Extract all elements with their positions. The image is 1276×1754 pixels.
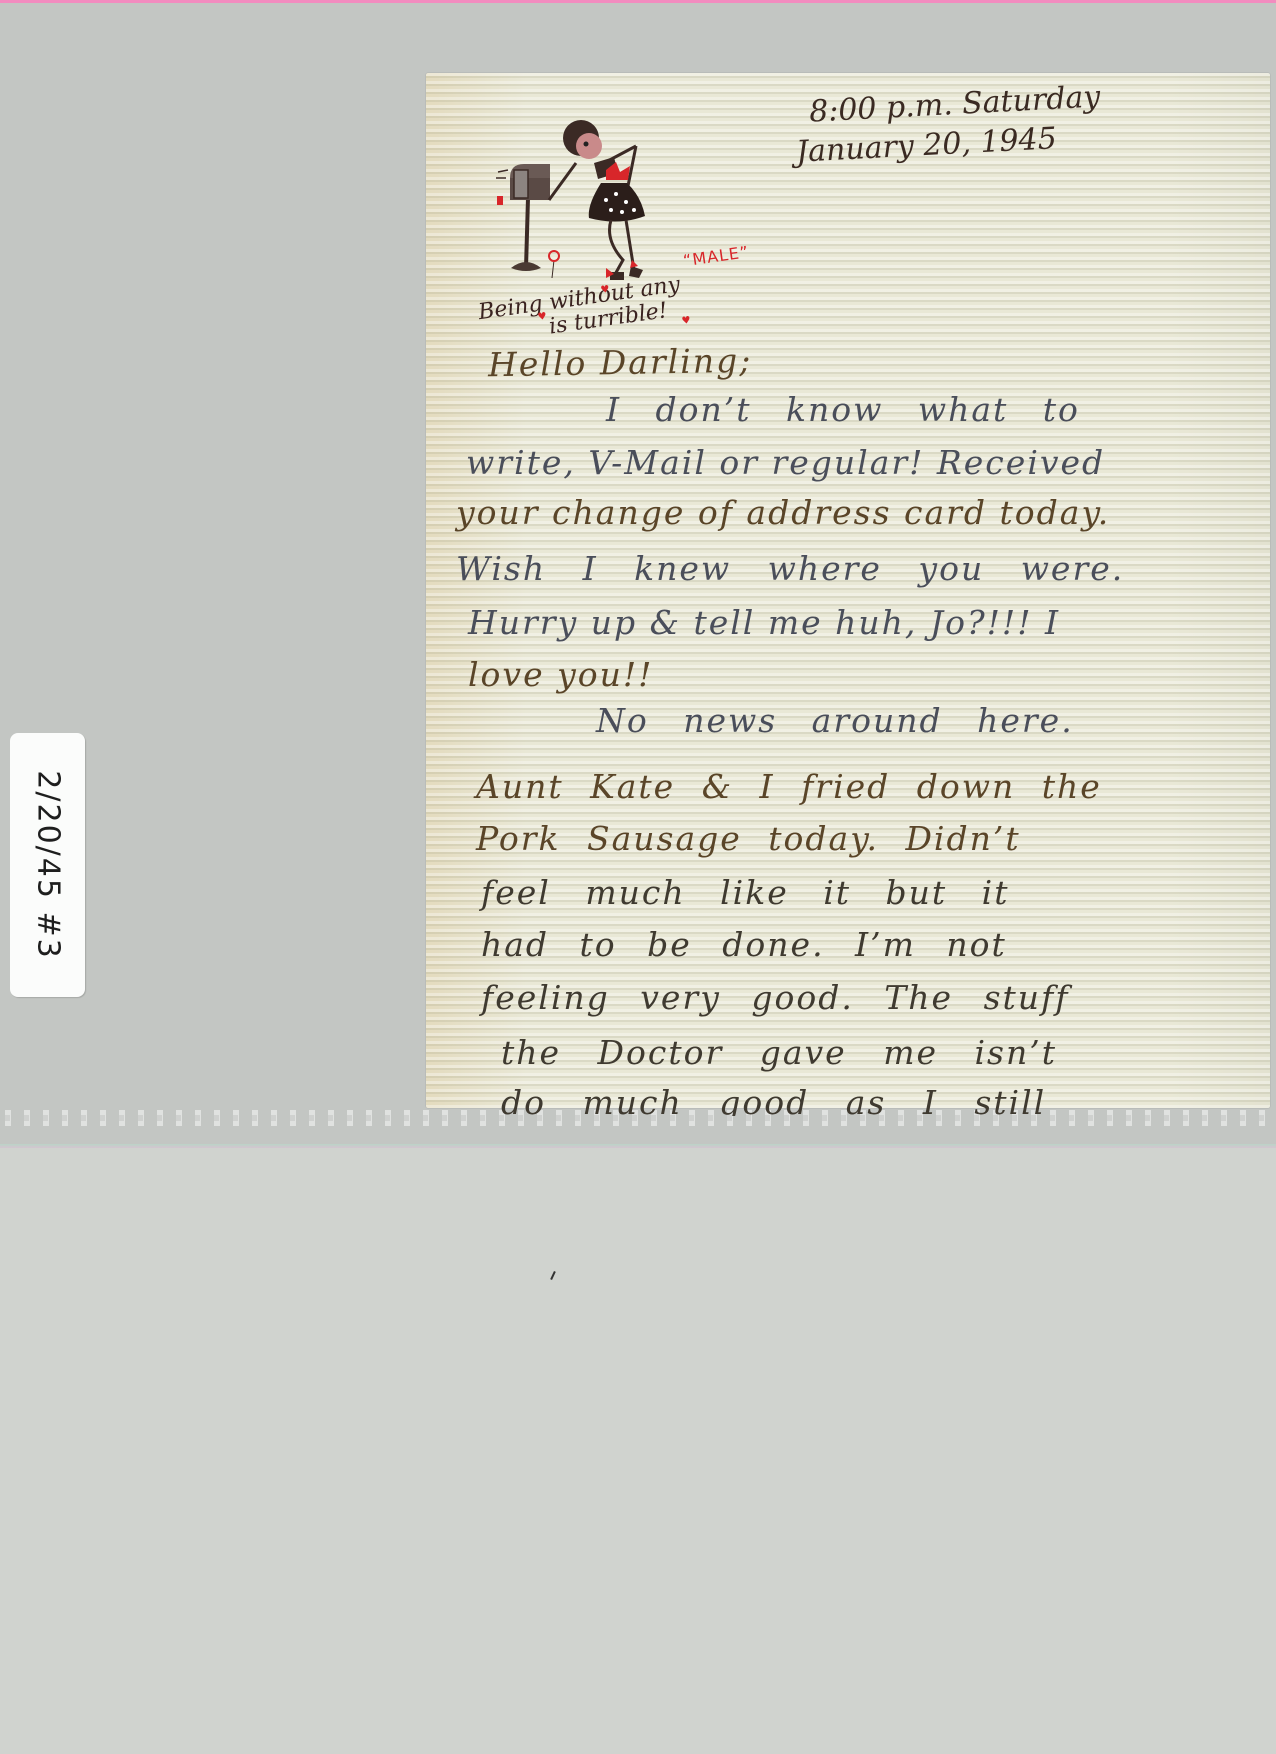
heart-icon: ♥ bbox=[537, 311, 547, 323]
letter-line: your change of address card today. bbox=[456, 493, 1110, 532]
letter-salutation: Hello Darling; bbox=[488, 341, 753, 385]
letter-time: 8:00 p.m. Saturday bbox=[808, 79, 1101, 129]
letter-line: feel much like it but it bbox=[481, 873, 1009, 912]
heart-icon: ♥ bbox=[681, 315, 691, 327]
letter-line: write, V-Mail or regular! Received bbox=[466, 443, 1105, 482]
archive-label-tag: 2/20/45 #3 bbox=[10, 733, 85, 997]
letter-line: I don’t know what to bbox=[606, 390, 1080, 429]
scanner-background bbox=[0, 1148, 1276, 1754]
stray-mark bbox=[550, 1271, 556, 1280]
letter-line: No news around here. bbox=[596, 701, 1074, 740]
heart-icon: ♥ bbox=[600, 284, 610, 296]
letter-page: Being without any “MALE” is turrible! ♥ … bbox=[426, 73, 1270, 1108]
letter-date: January 20, 1945 bbox=[795, 121, 1057, 170]
letter-line: Hurry up & tell me huh, Jo?!!! I bbox=[468, 603, 1060, 642]
archive-label-text: 2/20/45 #3 bbox=[30, 770, 65, 959]
letter-line: the Doctor gave me isn’t bbox=[501, 1033, 1057, 1072]
letter-line: Pork Sausage today. Didn’t bbox=[476, 819, 1021, 858]
letter-line: had to be done. I’m not bbox=[481, 925, 1007, 964]
letter-line: Wish I knew where you were. bbox=[456, 549, 1124, 588]
letter-line: love you!! bbox=[468, 655, 653, 694]
letter-line: feeling very good. The stuff bbox=[481, 978, 1069, 1017]
letter-line: Aunt Kate & I fried down the bbox=[476, 767, 1102, 806]
